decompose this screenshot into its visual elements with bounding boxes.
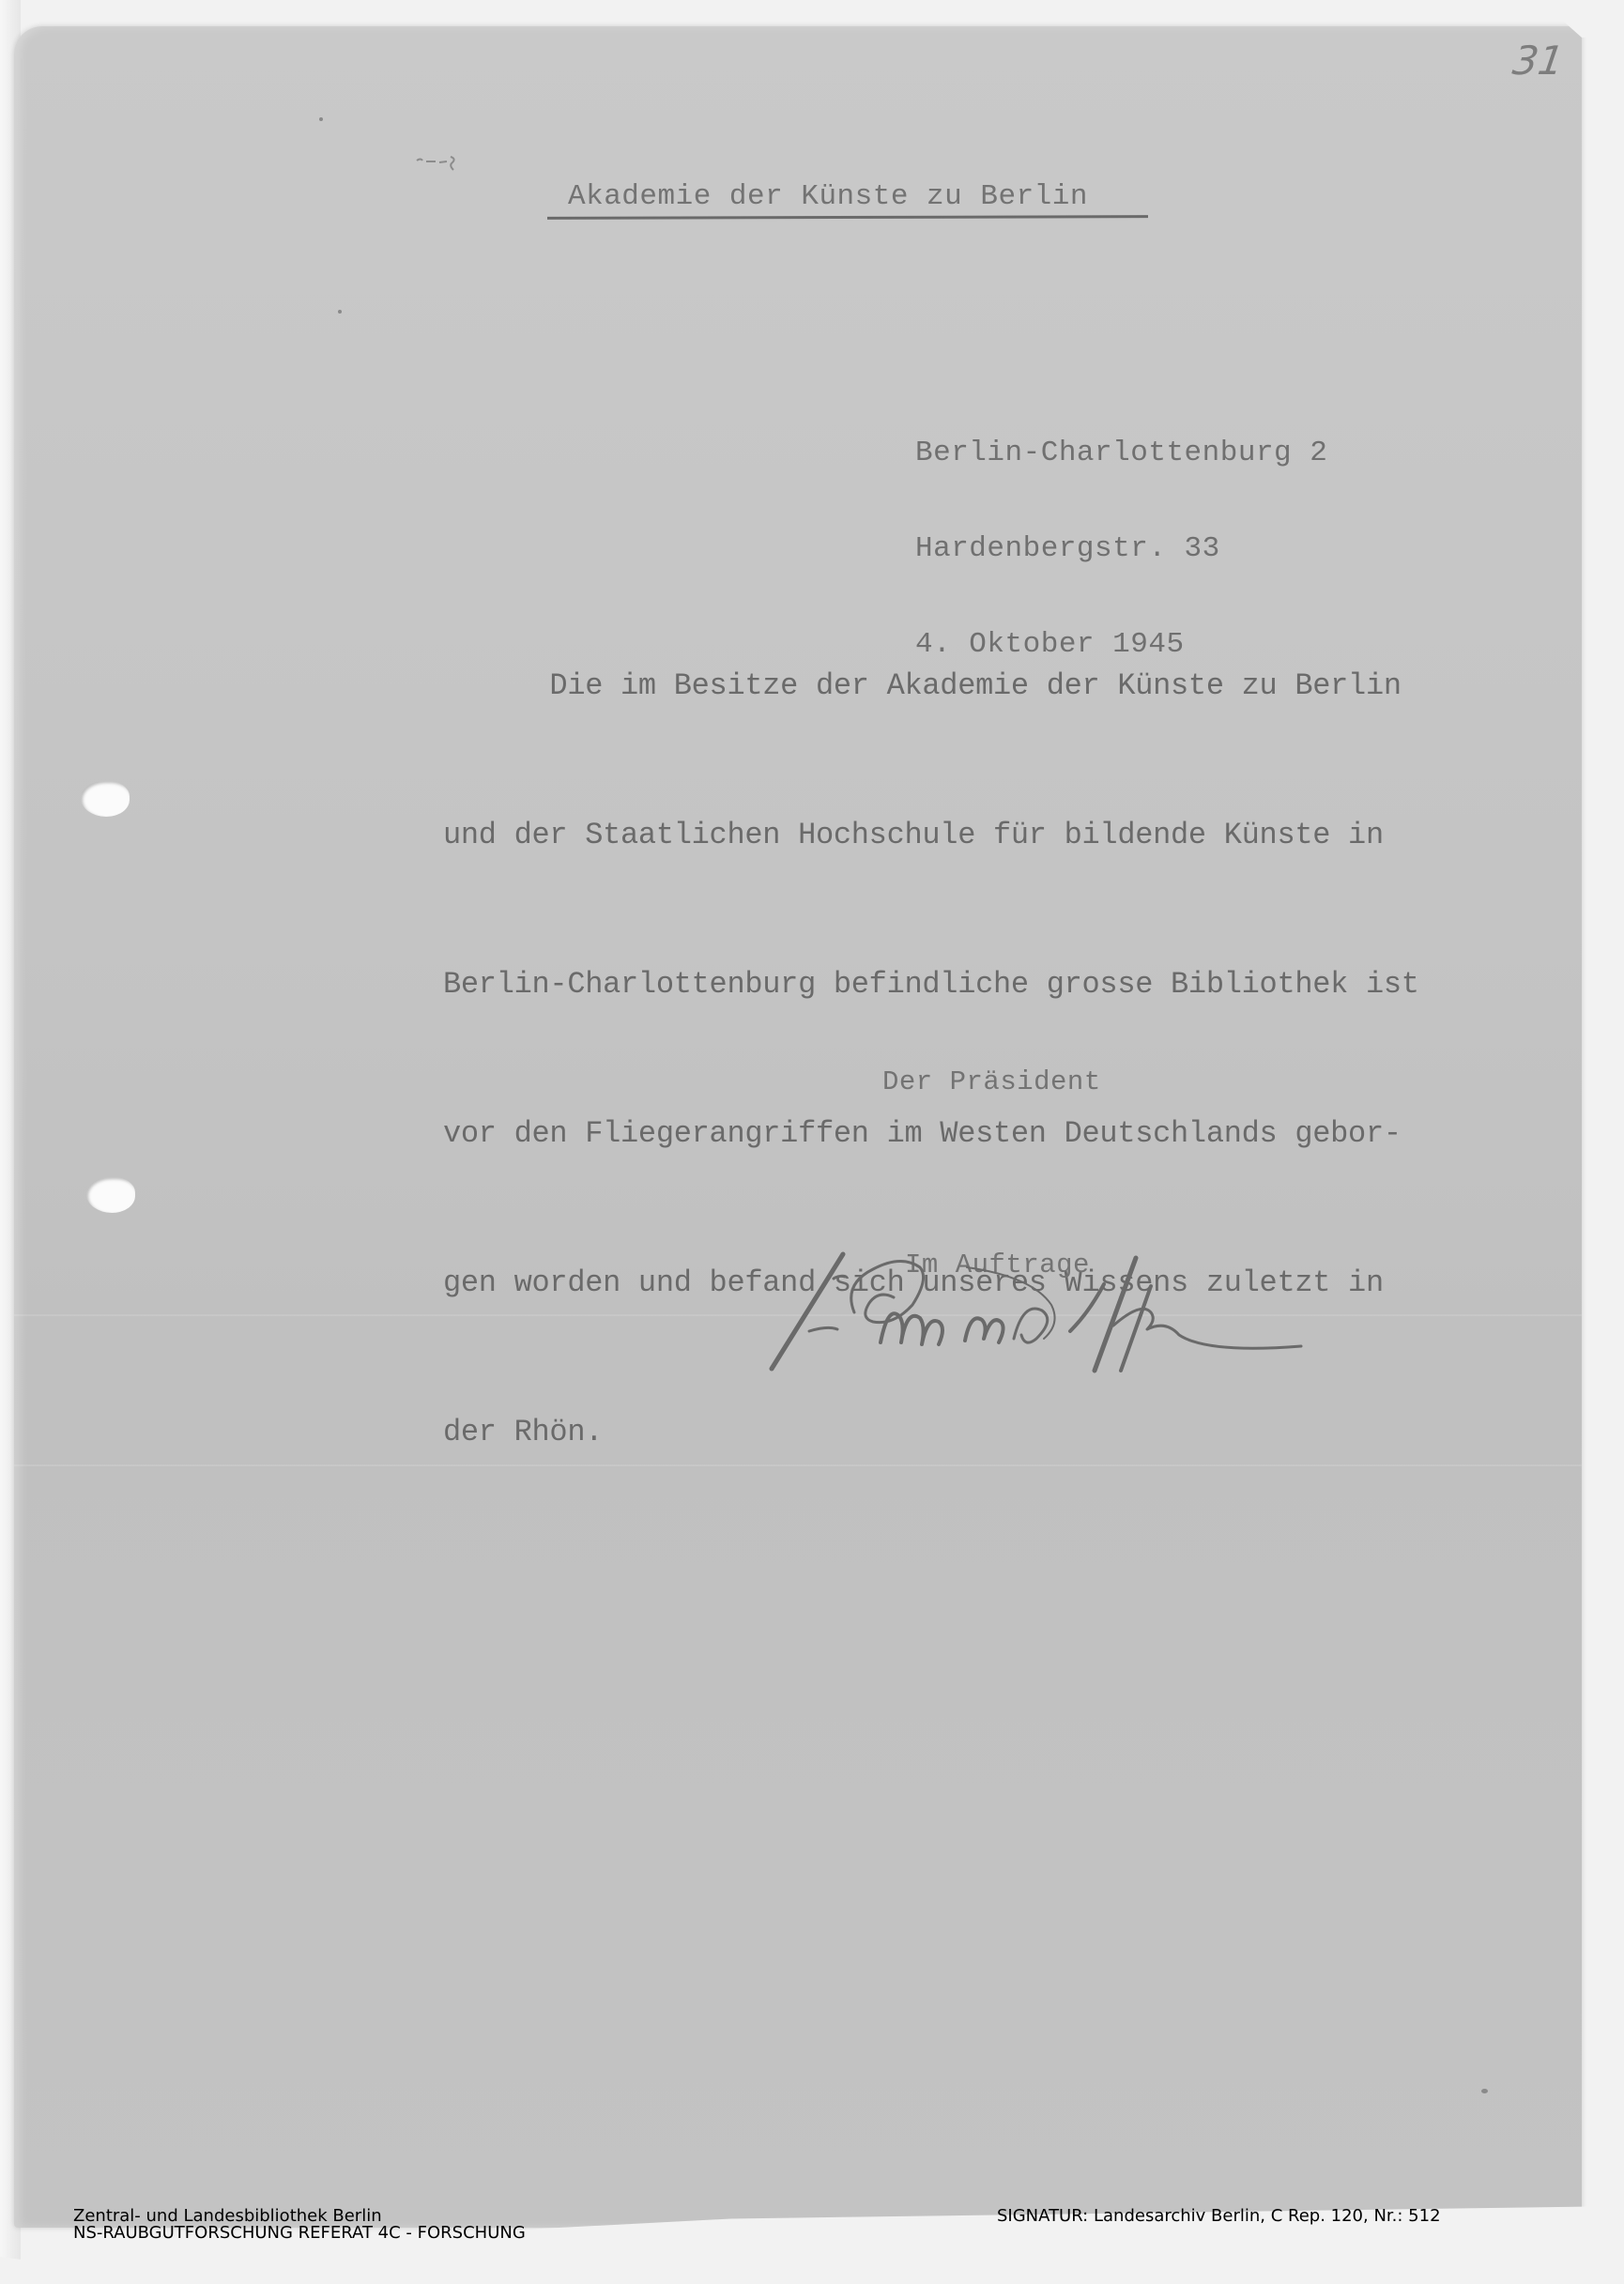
address-line-street: Hardenbergstr. 33 bbox=[915, 533, 1327, 565]
paper-speck bbox=[338, 310, 342, 314]
footer-department: NS-RAUBGUTFORSCHUNG REFERAT 4C - FORSCHU… bbox=[73, 2225, 526, 2242]
body-line: Die im Besitze der Akademie der Künste z… bbox=[443, 661, 1419, 711]
footer-signature-reference: SIGNATUR: Landesarchiv Berlin, C Rep. 12… bbox=[997, 2208, 1441, 2225]
punch-hole bbox=[86, 1177, 135, 1213]
punch-hole bbox=[81, 781, 130, 817]
footer-institution: Zentral- und Landesbibliothek Berlin NS-… bbox=[73, 2208, 526, 2242]
signature-icon bbox=[742, 1220, 1324, 1380]
body-line: der Rhön. bbox=[443, 1407, 1419, 1457]
body-line: und der Staatlichen Hochschule für bilde… bbox=[443, 810, 1419, 860]
paper-speck bbox=[319, 117, 323, 121]
stamp-mark bbox=[415, 153, 490, 166]
handwritten-signature bbox=[742, 1220, 1324, 1380]
letterhead-title: Akademie der Künste zu Berlin bbox=[568, 180, 1088, 213]
paper-speck bbox=[1481, 2089, 1488, 2093]
pencil-mark-icon bbox=[415, 153, 490, 172]
closing-title: Der Präsident bbox=[882, 1051, 1101, 1112]
address-line-city: Berlin-Charlottenburg 2 bbox=[915, 437, 1327, 469]
folio-number: 31 bbox=[1510, 38, 1567, 84]
